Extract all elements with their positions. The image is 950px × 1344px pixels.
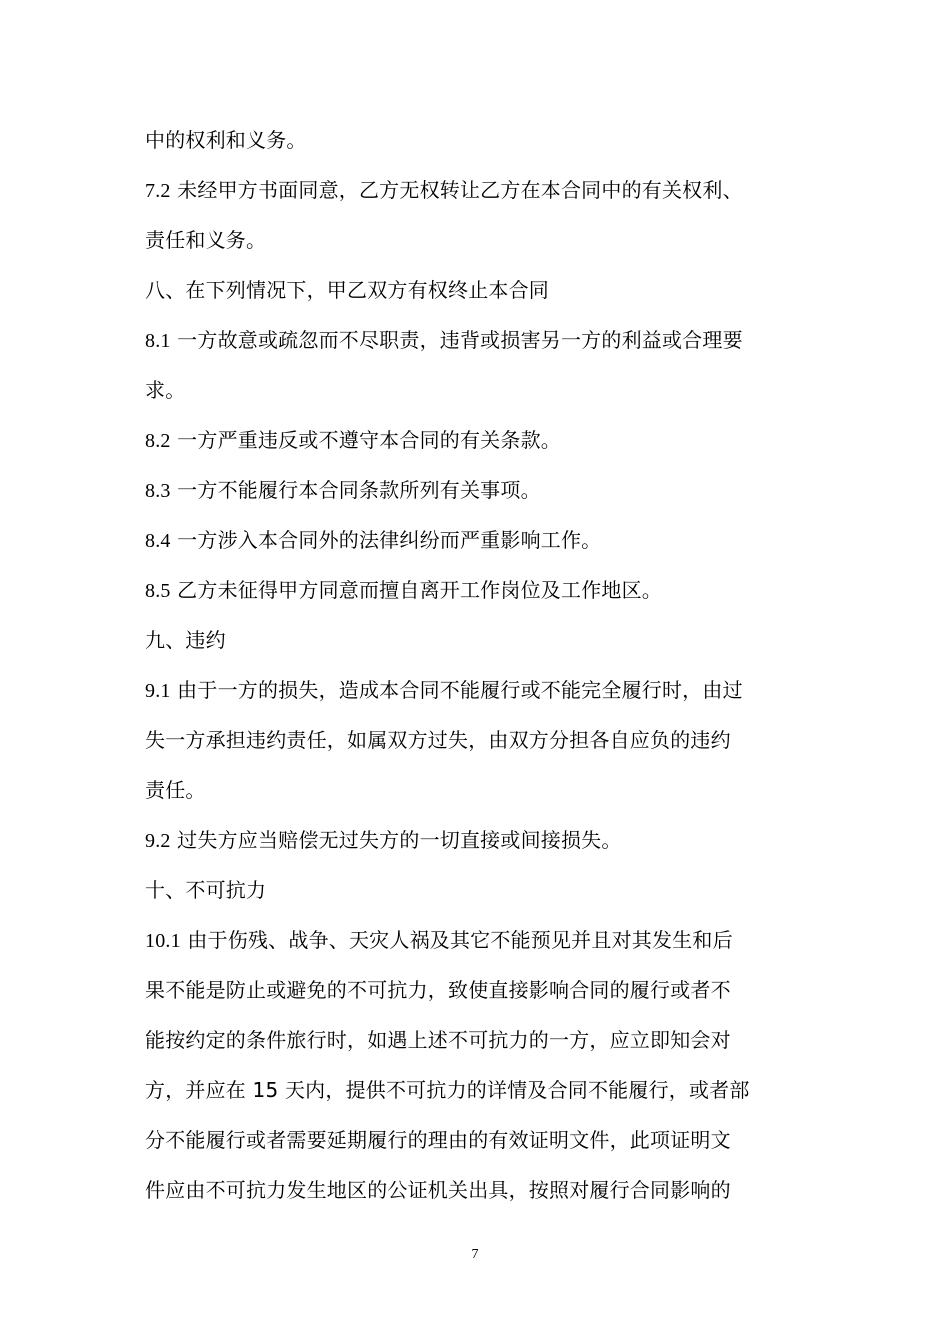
line-text: 责任和义务。 [145,228,266,252]
text-line: 能按约定的条件旅行时，如遇上述不可抗力的一方，应立即知会对 [145,1025,825,1055]
clause-number: 10.1 [145,930,181,952]
section-heading-10: 十、不可抗力 [145,875,825,905]
line-text: 一方涉入本合同外的法律纠纷而严重影响工作。 [171,528,602,552]
text-line: 责任和义务。 [145,225,825,255]
text-line: 分不能履行或者需要延期履行的理由的有效证明文件，此项证明文 [145,1125,825,1155]
document-page: 中的权利和义务。 7.2 未经甲方书面同意，乙方无权转让乙方在本合同中的有关权利… [0,0,950,1344]
line-text: 八、在下列情况下，甲乙双方有权终止本合同 [145,278,549,302]
text-line: 件应由不可抗力发生地区的公证机关出具，按照对履行合同影响的 [145,1175,825,1205]
clause-10-1: 10.1 由于伤残、战争、天灾人祸及其它不能预见并且对其发生和后 [145,925,825,955]
clause-8-1: 8.1 一方故意或疏忽而不尽职责，违背或损害另一方的利益或合理要 [145,325,825,355]
text-line: 失一方承担违约责任，如属双方过失，由双方分担各自应负的违约 [145,725,825,755]
clause-number: 8.5 [145,580,171,602]
line-text: 一方不能履行本合同条款所列有关事项。 [171,478,541,502]
section-heading-8: 八、在下列情况下，甲乙双方有权终止本合同 [145,275,825,305]
clause-number: 9.2 [145,830,171,852]
clause-number: 8.3 [145,480,171,502]
clause-number: 8.1 [145,330,171,352]
clause-number: 7.2 [145,180,171,202]
clause-9-1: 9.1 由于一方的损失，造成本合同不能履行或不能完全履行时，由过 [145,675,825,705]
line-text: 十、不可抗力 [145,878,266,902]
text-line: 方，并应在 15 天内，提供不可抗力的详情及合同不能履行，或者部 [145,1075,825,1105]
clause-8-2: 8.2 一方严重违反或不遵守本合同的有关条款。 [145,425,825,455]
clause-8-4: 8.4 一方涉入本合同外的法律纠纷而严重影响工作。 [145,525,825,555]
text-line: 果不能是防止或避免的不可抗力，致使直接影响合同的履行或者不 [145,975,825,1005]
text-line: 中的权利和义务。 [145,125,825,155]
clause-7-2: 7.2 未经甲方书面同意，乙方无权转让乙方在本合同中的有关权利、 [145,175,825,205]
line-text: 由于伤残、战争、天灾人祸及其它不能预见并且对其发生和后 [181,928,733,952]
line-text: 责任。 [145,778,206,802]
line-text: 求。 [145,378,185,402]
line-text: 方，并应在 15 天内，提供不可抗力的详情及合同不能履行，或者部 [145,1078,750,1102]
line-text: 一方故意或疏忽而不尽职责，违背或损害另一方的利益或合理要 [171,328,743,352]
clause-9-2: 9.2 过失方应当赔偿无过失方的一切直接或间接损失。 [145,825,825,855]
line-text: 一方严重违反或不遵守本合同的有关条款。 [171,428,561,452]
clause-number: 9.1 [145,680,171,702]
line-text: 未经甲方书面同意，乙方无权转让乙方在本合同中的有关权利、 [171,178,743,202]
line-text: 能按约定的条件旅行时，如遇上述不可抗力的一方，应立即知会对 [145,1028,731,1052]
line-text: 件应由不可抗力发生地区的公证机关出具，按照对履行合同影响的 [145,1178,731,1202]
section-heading-9: 九、违约 [145,625,825,655]
line-text: 分不能履行或者需要延期履行的理由的有效证明文件，此项证明文 [145,1128,731,1152]
line-text: 中的权利和义务。 [145,128,307,152]
line-text: 过失方应当赔偿无过失方的一切直接或间接损失。 [171,828,622,852]
page-number: 7 [0,1246,950,1264]
clause-number: 8.4 [145,530,171,552]
text-line: 求。 [145,375,825,405]
clause-8-3: 8.3 一方不能履行本合同条款所列有关事项。 [145,475,825,505]
line-text: 失一方承担违约责任，如属双方过失，由双方分担各自应负的违约 [145,728,731,752]
line-text: 九、违约 [145,628,226,652]
clause-8-5: 8.5 乙方未征得甲方同意而擅自离开工作岗位及工作地区。 [145,575,825,605]
line-text: 果不能是防止或避免的不可抗力，致使直接影响合同的履行或者不 [145,978,731,1002]
line-text: 乙方未征得甲方同意而擅自离开工作岗位及工作地区。 [171,578,662,602]
clause-number: 8.2 [145,430,171,452]
line-text: 由于一方的损失，造成本合同不能履行或不能完全履行时，由过 [171,678,743,702]
text-line: 责任。 [145,775,825,805]
